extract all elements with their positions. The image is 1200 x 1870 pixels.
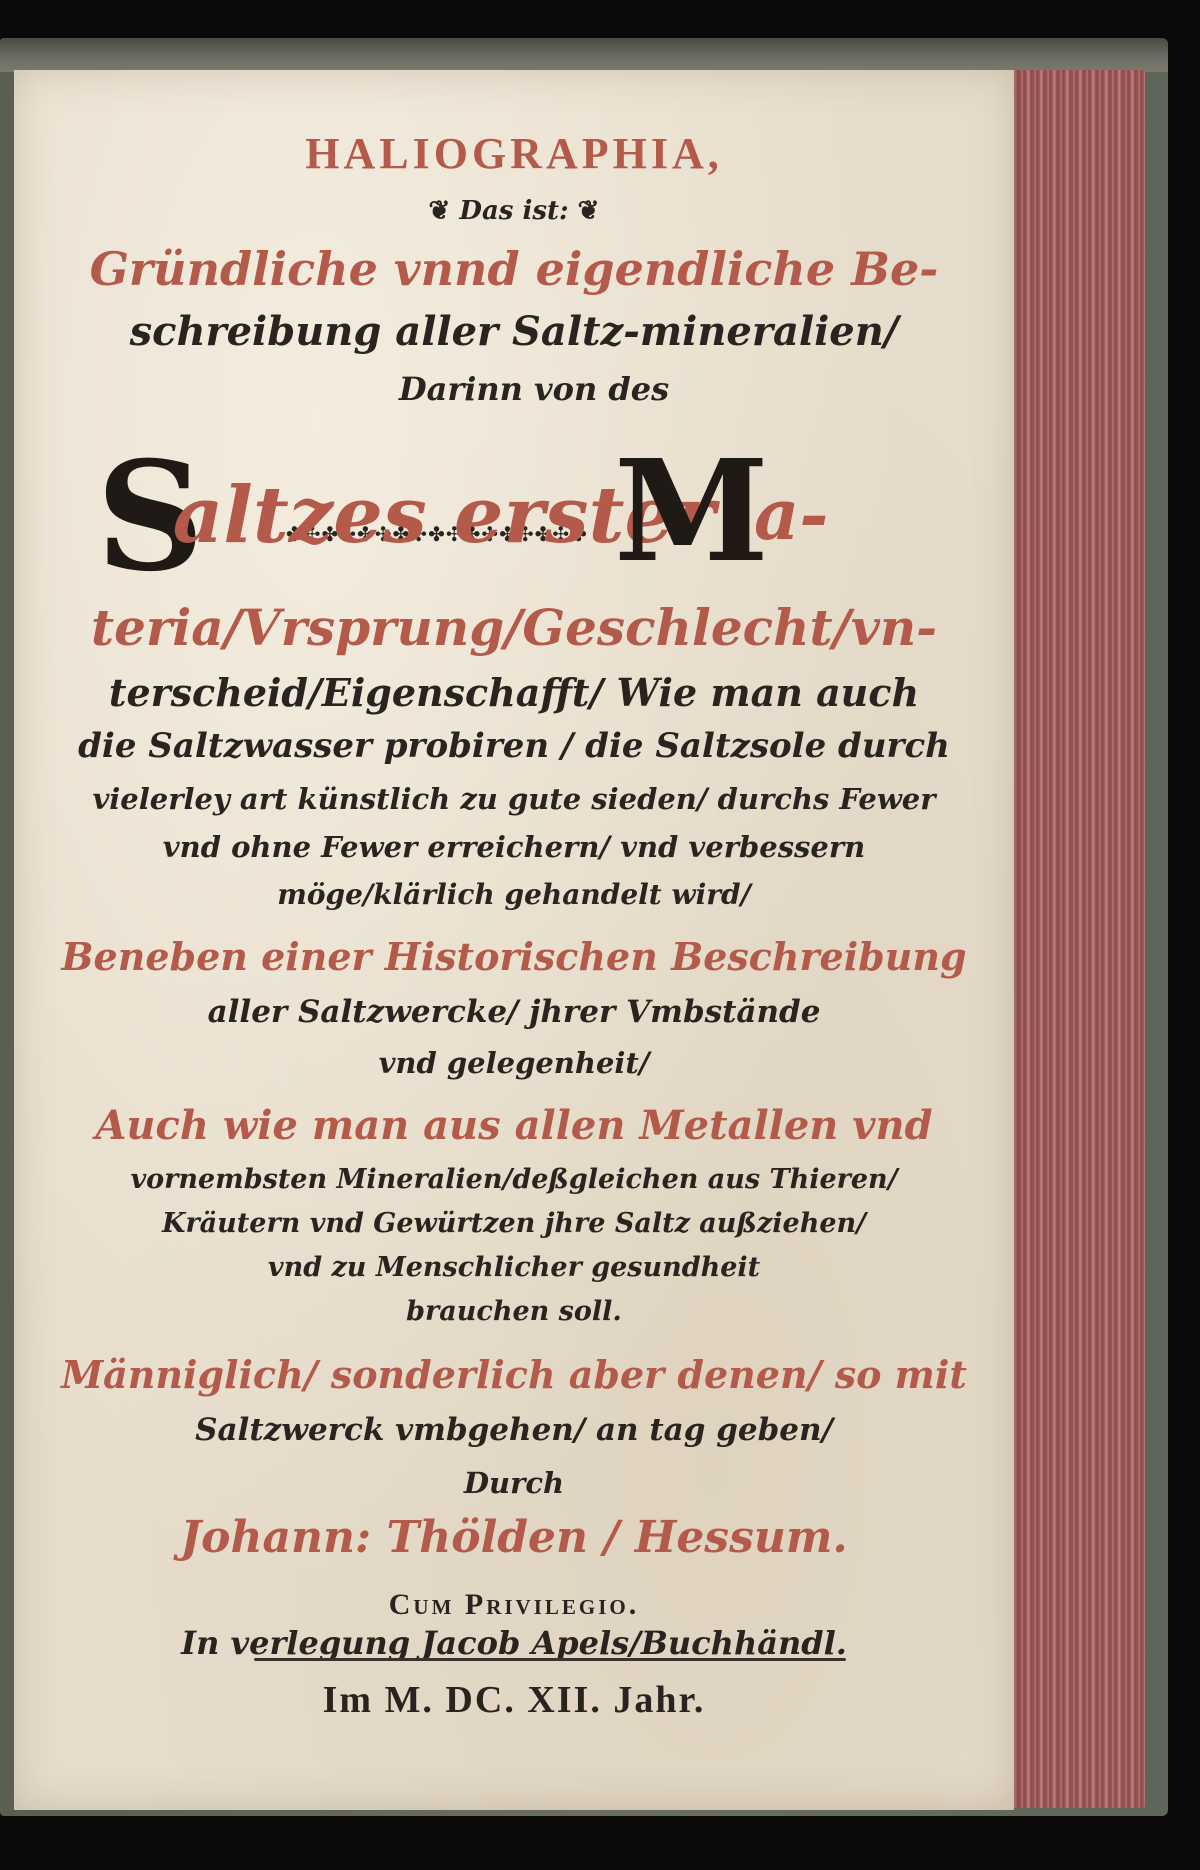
binding-top-edge (0, 38, 1168, 72)
title-line-15: vornembsten Mineralien/deßgleichen aus T… (14, 1164, 1014, 1195)
title-line-4-tail: a- (754, 480, 828, 550)
fleuron-icon: ❦ (578, 196, 600, 226)
book-title: HALIOGRAPHIA, (14, 128, 1014, 179)
title-line-13: vnd gelegenheit/ (14, 1046, 1014, 1080)
title-line-1: Gründliche vnnd eigendliche Be- (14, 242, 1014, 296)
title-line-17: vnd zu Menschlicher gesundheit (14, 1252, 1014, 1283)
title-line-3: Darinn von des (14, 370, 1014, 408)
title-line-20: Saltzwerck vmbgehen/ an tag geben/ (14, 1412, 1014, 1448)
imprint-year: Im M. DC. XII. Jahr. (14, 1678, 1014, 1722)
title-line-19: Männiglich/ sonderlich aber denen/ so mi… (14, 1352, 1014, 1397)
title-line-18: brauchen soll. (14, 1296, 1014, 1327)
publisher-line: In verlegung Jacob Apels/Buchhändl. (14, 1624, 1014, 1662)
title-line-7: die Saltzwasser probiren / die Saltzsole… (14, 726, 1014, 766)
title-page: HALIOGRAPHIA, ❦ Das ist: ❦ Gründliche vn… (14, 70, 1014, 1810)
red-fore-edge (1005, 70, 1145, 1808)
title-line-8: vielerley art künstlich zu gute sieden/ … (14, 782, 1014, 816)
privilege-line: Cum Privilegio. (14, 1588, 1014, 1622)
decorated-initial-m: M (614, 442, 769, 582)
fleuron-icon: ❦ (429, 196, 451, 226)
title-line-9: vnd ohne Fewer erreichern/ vnd verbesser… (14, 830, 1014, 864)
author-line: Johann: Thölden / Hessum. (14, 1512, 1014, 1563)
title-line-10: möge/klärlich gehandelt wird/ (14, 878, 1014, 911)
title-line-5: teria/Vrsprung/Geschlecht/vn- (14, 598, 1014, 657)
title-line-16: Kräutern vnd Gewürtzen jhre Saltz außzie… (14, 1208, 1014, 1239)
subtitle-intro: Das ist: (459, 196, 568, 226)
title-line-12: aller Saltzwercke/ jhrer Vmbstände (14, 994, 1014, 1030)
subtitle-intro-row: ❦ Das ist: ❦ (14, 196, 1014, 226)
title-line-6: terscheid/Eigenschafft/ Wie man auch (14, 670, 1014, 715)
title-line-21: Durch (14, 1466, 1014, 1500)
title-line-11: Beneben einer Historischen Beschreibung (14, 934, 1014, 979)
horizontal-rule (254, 1658, 846, 1661)
title-line-14: Auch wie man aus allen Metallen vnd (14, 1102, 1014, 1149)
title-line-2: schreibung aller Saltz-mineralien/ (14, 308, 1014, 355)
